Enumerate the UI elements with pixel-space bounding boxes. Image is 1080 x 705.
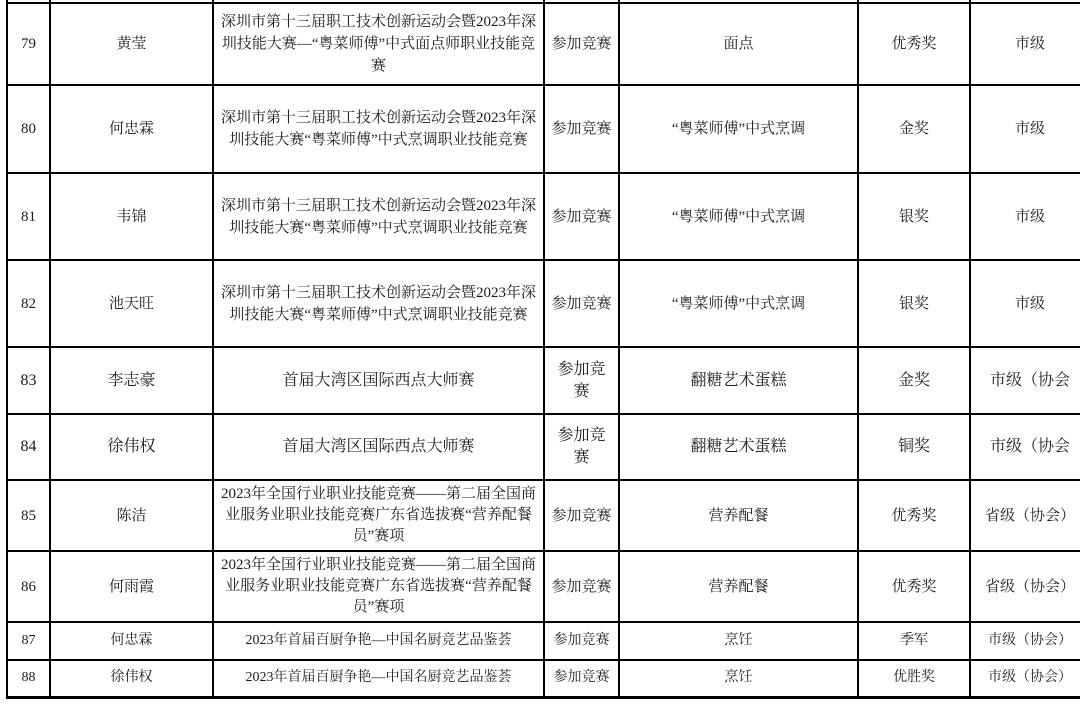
cell-seq: 83 [7, 347, 50, 414]
table-row: 83 李志豪 首届大湾区国际西点大师赛 参加竞赛 翻糖艺术蛋糕 金奖 市级（协会 [7, 347, 1080, 414]
cell-entry-type: 参加竞赛 [544, 414, 619, 480]
cell-level: 省级（协会） [970, 480, 1080, 551]
table-row: 81 韦锦 深圳市第十三届职工技术创新运动会暨2023年深圳技能大赛“粤菜师傅”… [7, 173, 1080, 260]
cell-category: 烹饪 [619, 622, 858, 660]
cell-competition: 首届大湾区国际西点大师赛 [213, 414, 544, 480]
cell-entry-type: 参加竞赛 [544, 660, 619, 697]
cell-competition: 深圳市第十三届职工技术创新运动会暨2023年深圳技能大赛—“粤菜师傅”中式面点师… [213, 3, 544, 85]
table-row: 82 池天旺 深圳市第十三届职工技术创新运动会暨2023年深圳技能大赛“粤菜师傅… [7, 260, 1080, 347]
cell-name: 徐伟权 [50, 660, 213, 697]
cell-award: 金奖 [858, 85, 970, 173]
cell-category: “粤菜师傅”中式烹调 [619, 260, 858, 347]
cell-name: 陈洁 [50, 480, 213, 551]
cell-seq: 79 [7, 3, 50, 85]
cell-level: 市级 [970, 173, 1080, 260]
cell-category: 翻糖艺术蛋糕 [619, 347, 858, 414]
cell-category: 营养配餐 [619, 480, 858, 551]
cell-category: “粤菜师傅”中式烹调 [619, 85, 858, 173]
cell-name: 何雨霞 [50, 551, 213, 622]
cell-competition: 2023年首届百厨争艳—中国名厨竞艺品鉴荟 [213, 622, 544, 660]
cell-category: “粤菜师傅”中式烹调 [619, 173, 858, 260]
cell-seq: 82 [7, 260, 50, 347]
cell-name: 池天旺 [50, 260, 213, 347]
cell-name: 黄莹 [50, 3, 213, 85]
table-row: 88 徐伟权 2023年首届百厨争艳—中国名厨竞艺品鉴荟 参加竞赛 烹饪 优胜奖… [7, 660, 1080, 697]
cell-seq: 84 [7, 414, 50, 480]
cell-award: 金奖 [858, 347, 970, 414]
cell-competition: 深圳市第十三届职工技术创新运动会暨2023年深圳技能大赛“粤菜师傅”中式烹调职业… [213, 85, 544, 173]
cell-award: 优秀奖 [858, 551, 970, 622]
cell-level: 省级（协会） [970, 551, 1080, 622]
table-row: 86 何雨霞 2023年全国行业职业技能竞赛——第二届全国商业服务业职业技能竞赛… [7, 551, 1080, 622]
cell-level: 市级 [970, 85, 1080, 173]
cell-competition: 2023年首届百厨争艳—中国名厨竞艺品鉴荟 [213, 660, 544, 697]
cell-level: 市级（协会 [970, 414, 1080, 480]
cell-name: 韦锦 [50, 173, 213, 260]
cell-entry-type: 参加竞赛 [544, 480, 619, 551]
cell-seq: 87 [7, 622, 50, 660]
table-row: 87 何忠霖 2023年首届百厨争艳—中国名厨竞艺品鉴荟 参加竞赛 烹饪 季军 … [7, 622, 1080, 660]
cell-seq: 88 [7, 660, 50, 697]
cell-entry-type: 参加竞赛 [544, 622, 619, 660]
cell-category: 翻糖艺术蛋糕 [619, 414, 858, 480]
cell-seq: 80 [7, 85, 50, 173]
cell-award: 铜奖 [858, 414, 970, 480]
cell-award: 优秀奖 [858, 480, 970, 551]
table-row: 79 黄莹 深圳市第十三届职工技术创新运动会暨2023年深圳技能大赛—“粤菜师傅… [7, 3, 1080, 85]
cell-award: 优秀奖 [858, 3, 970, 85]
cell-entry-type: 参加竞赛 [544, 347, 619, 414]
table-row: 84 徐伟权 首届大湾区国际西点大师赛 参加竞赛 翻糖艺术蛋糕 铜奖 市级（协会 [7, 414, 1080, 480]
cell-category: 面点 [619, 3, 858, 85]
table-row: 80 何忠霖 深圳市第十三届职工技术创新运动会暨2023年深圳技能大赛“粤菜师傅… [7, 85, 1080, 173]
cell-category: 营养配餐 [619, 551, 858, 622]
cell-competition: 2023年全国行业职业技能竞赛——第二届全国商业服务业职业技能竞赛广东省选拔赛“… [213, 480, 544, 551]
cell-entry-type: 参加竞赛 [544, 551, 619, 622]
cell-category: 烹饪 [619, 660, 858, 697]
cell-name: 何忠霖 [50, 622, 213, 660]
cell-name: 徐伟权 [50, 414, 213, 480]
cell-award: 银奖 [858, 173, 970, 260]
table-row: 85 陈洁 2023年全国行业职业技能竞赛——第二届全国商业服务业职业技能竞赛广… [7, 480, 1080, 551]
cell-seq: 86 [7, 551, 50, 622]
cell-entry-type: 参加竞赛 [544, 260, 619, 347]
cell-award: 优胜奖 [858, 660, 970, 697]
cell-competition: 深圳市第十三届职工技术创新运动会暨2023年深圳技能大赛“粤菜师傅”中式烹调职业… [213, 260, 544, 347]
awards-table: 79 黄莹 深圳市第十三届职工技术创新运动会暨2023年深圳技能大赛—“粤菜师傅… [6, 0, 1080, 699]
cell-level: 市级（协会） [970, 622, 1080, 660]
cell-award: 季军 [858, 622, 970, 660]
cell-level: 市级（协会） [970, 660, 1080, 697]
cell-competition: 2023年全国行业职业技能竞赛——第二届全国商业服务业职业技能竞赛广东省选拔赛“… [213, 551, 544, 622]
cell-level: 市级 [970, 3, 1080, 85]
cell-level: 市级（协会 [970, 347, 1080, 414]
cell-seq: 81 [7, 173, 50, 260]
cell-competition: 首届大湾区国际西点大师赛 [213, 347, 544, 414]
cell-entry-type: 参加竞赛 [544, 85, 619, 173]
cell-award: 银奖 [858, 260, 970, 347]
cell-competition: 深圳市第十三届职工技术创新运动会暨2023年深圳技能大赛“粤菜师傅”中式烹调职业… [213, 173, 544, 260]
cell-entry-type: 参加竞赛 [544, 173, 619, 260]
cell-seq: 85 [7, 480, 50, 551]
cell-name: 李志豪 [50, 347, 213, 414]
cell-name: 何忠霖 [50, 85, 213, 173]
cell-entry-type: 参加竞赛 [544, 3, 619, 85]
cell-level: 市级 [970, 260, 1080, 347]
